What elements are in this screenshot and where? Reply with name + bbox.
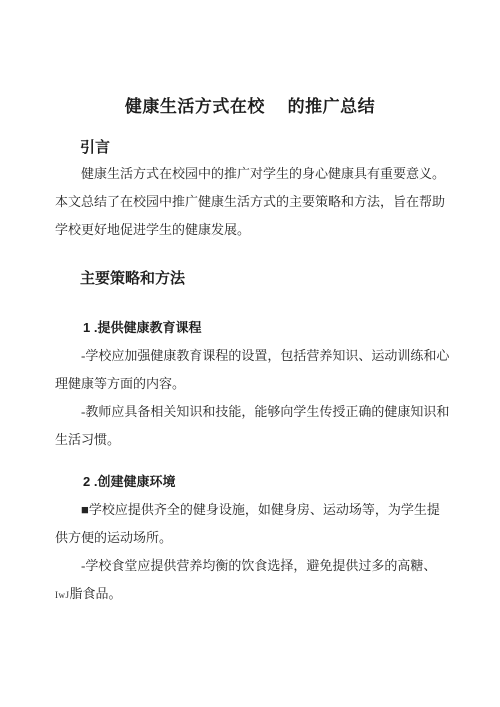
paragraph-tail-text: 脂食品。 <box>70 586 122 601</box>
methods-section-heading: 主要策略和方法 <box>80 270 450 287</box>
method-1-heading: 1 .提供健康教育课程 <box>83 320 450 336</box>
intro-section-heading: 引言 <box>80 139 450 156</box>
ocr-artifact-text: IwJ <box>55 590 70 600</box>
method-1-point-2: -教师应具备相关知识和技能，能够向学生传授正确的健康知识和 生活习惯。 <box>55 398 450 454</box>
method-2-point-2-line-2: IwJ脂食品。 <box>55 580 450 609</box>
document-page: 健康生活方式在校 的推广总结 引言 健康生活方式在校园中的推广对学生的身心健康具… <box>0 0 500 707</box>
method-2-heading: 2 .创建健康环境 <box>83 474 450 490</box>
intro-paragraph: 健康生活方式在校园中的推广对学生的身心健康具有重要意义。 本文总结了在校园中推广… <box>55 160 450 244</box>
document-content: 引言 健康生活方式在校园中的推广对学生的身心健康具有重要意义。 本文总结了在校园… <box>0 139 500 609</box>
method-1-point-1: -学校应加强健康教育课程的设置，包括营养知识、运动训练和心 理健康等方面的内容。 <box>55 342 450 398</box>
method-2-point-2-line-1: -学校食堂应提供营养均衡的饮食选择，避免提供过多的高糖、 <box>55 552 450 580</box>
method-2-point-1: ■学校应提供齐全的健身设施，如健身房、运动场等，为学生提 供方便的运动场所。 <box>55 496 450 552</box>
document-title: 健康生活方式在校 的推广总结 <box>0 0 500 117</box>
